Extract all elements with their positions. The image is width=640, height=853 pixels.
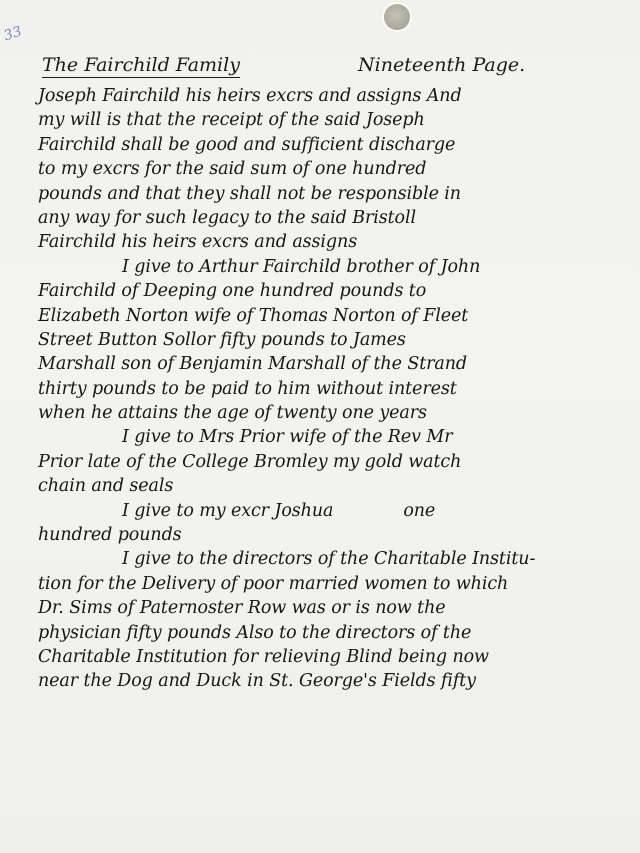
- manuscript-page: 33 The Fairchild Family Nineteenth Page.…: [0, 0, 640, 853]
- text-line: when he attains the age of twenty one ye…: [38, 401, 598, 425]
- text-line: Joseph Fairchild his heirs excrs and ass…: [38, 84, 598, 108]
- text-line-paragraph-start: I give to Mrs Prior wife of the Rev Mr: [38, 425, 598, 449]
- text-line-segment: one: [403, 501, 435, 521]
- text-line: Elizabeth Norton wife of Thomas Norton o…: [38, 304, 598, 328]
- text-line: Charitable Institution for relieving Bli…: [38, 645, 598, 669]
- text-line-paragraph-start: I give to the directors of the Charitabl…: [38, 547, 598, 571]
- text-line: Fairchild his heirs excrs and assigns: [38, 230, 598, 254]
- punch-hole: [384, 4, 410, 30]
- text-line: Prior late of the College Bromley my gol…: [38, 450, 598, 474]
- text-line: Fairchild of Deeping one hundred pounds …: [38, 279, 598, 303]
- text-line: hundred pounds: [38, 523, 598, 547]
- text-line: Street Button Sollor fifty pounds to Jam…: [38, 328, 598, 352]
- document-title: The Fairchild Family: [42, 54, 240, 78]
- text-line: thirty pounds to be paid to him without …: [38, 377, 598, 401]
- text-line-segment: I give to my excr Joshua: [122, 501, 333, 521]
- text-line: physician fifty pounds Also to the direc…: [38, 621, 598, 645]
- page-label: Nineteenth Page.: [358, 54, 525, 76]
- text-line: pounds and that they shall not be respon…: [38, 182, 598, 206]
- handwritten-body: Joseph Fairchild his heirs excrs and ass…: [38, 84, 598, 694]
- text-line-paragraph-start: I give to my excr Joshuaone: [38, 499, 598, 523]
- text-line-paragraph-start: I give to Arthur Fairchild brother of Jo…: [38, 255, 598, 279]
- text-line: Fairchild shall be good and sufficient d…: [38, 133, 598, 157]
- text-line: near the Dog and Duck in St. George's Fi…: [38, 669, 598, 693]
- text-line: chain and seals: [38, 474, 598, 498]
- page-number-mark: 33: [2, 24, 24, 45]
- page-header: The Fairchild Family Nineteenth Page.: [42, 54, 582, 82]
- text-line: Dr. Sims of Paternoster Row was or is no…: [38, 596, 598, 620]
- text-line: tion for the Delivery of poor married wo…: [38, 572, 598, 596]
- text-line: any way for such legacy to the said Bris…: [38, 206, 598, 230]
- text-line: Marshall son of Benjamin Marshall of the…: [38, 352, 598, 376]
- text-line: to my excrs for the said sum of one hund…: [38, 157, 598, 181]
- text-line: my will is that the receipt of the said …: [38, 108, 598, 132]
